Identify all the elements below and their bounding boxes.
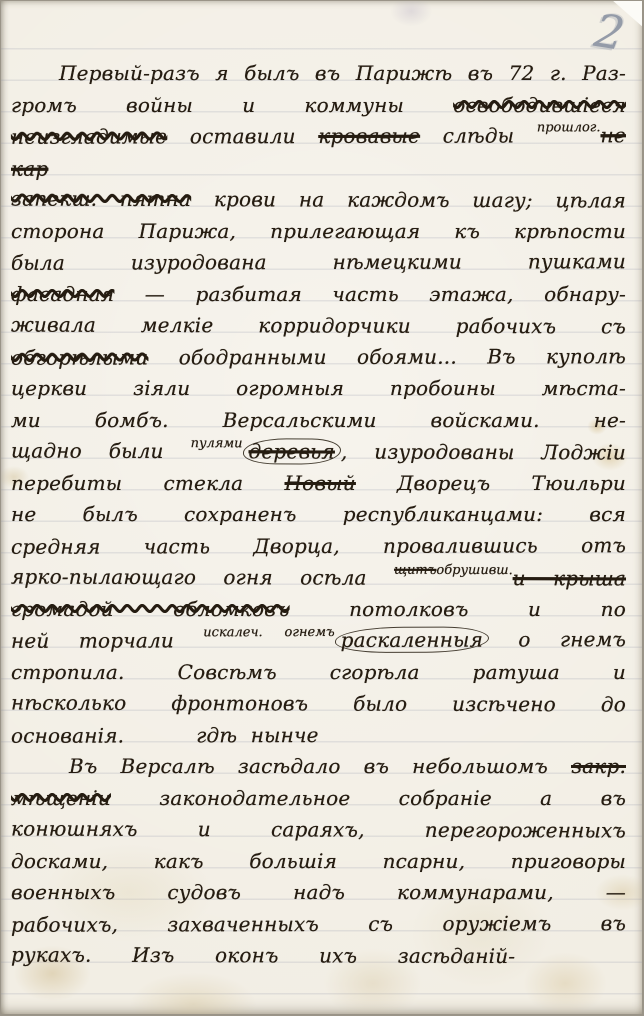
- handwritten-text: церкви зіяли огромныя пробоины мѣста-: [11, 376, 626, 400]
- handwritten-text: перебиты стекла: [11, 471, 285, 495]
- handwritten-text: Въ Версалѣ засѣдало въ небольшомъ: [69, 754, 571, 778]
- manuscript-line: Въ Версалѣ засѣдало въ небольшомъ закр.: [11, 751, 626, 783]
- struck-text: запекш. пятна: [11, 187, 191, 212]
- struck-text: закр.: [571, 754, 626, 778]
- handwritten-text: гдѣ нынче: [196, 722, 319, 746]
- manuscript-text: Первый-разъ я былъ въ Парижѣ въ 72 г. Ра…: [11, 58, 626, 972]
- struck-text: мѣщеніи: [11, 786, 111, 810]
- handwritten-text: основанія.: [11, 723, 124, 747]
- struck-text: деревья: [242, 438, 340, 464]
- handwritten-text: ярко-пылающаго огня осѣла: [11, 565, 394, 590]
- interlinear-insertion: обрушивш.: [436, 563, 512, 578]
- manuscript-line: обгорѣлыми ободранными обоями... Въ купо…: [11, 341, 626, 374]
- manuscript-line: церкви зіяли огромныя пробоины мѣста-: [11, 373, 626, 405]
- manuscript-line: сторона Парижа, прилегающая къ крѣпости: [11, 216, 626, 248]
- handwritten-text: рукахъ. Изъ оконъ ихъ засѣданій-: [11, 943, 515, 969]
- handwritten-text: крови на каждомъ шагу; цѣлая: [191, 187, 626, 212]
- interlinear-insertion: щитъ: [394, 563, 436, 578]
- handwritten-text: средняя часть Дворца, провалившись отъ: [11, 533, 626, 559]
- handwritten-text: досками, какъ большія псарни, приговоры: [11, 849, 626, 873]
- manuscript-line: щадно были пулямидеревья, изуродованы Ло…: [11, 436, 626, 469]
- struck-text: освободившіеся: [453, 93, 626, 117]
- handwritten-text: громъ войны и коммуны: [11, 93, 453, 117]
- handwritten-text: конюшняхъ и сараяхъ, перегороженныхъ: [11, 817, 626, 843]
- handwritten-text: раскаленныя: [335, 627, 490, 653]
- manuscript-scan: 2 Первый-разъ я былъ въ Парижѣ въ 72 г. …: [0, 0, 644, 1016]
- manuscript-line: ми бомбъ. Версальскими войсками. не-: [11, 405, 626, 437]
- manuscript-line: громъ войны и коммуны освободившіеся: [11, 90, 626, 122]
- handwritten-text: не былъ сохраненъ республиканцами: вся: [11, 502, 626, 526]
- handwritten-text: ней торчали: [11, 628, 203, 653]
- manuscript-line: ярко-пылающаго огня осѣла щитъобрушивш.и…: [11, 562, 626, 595]
- manuscript-line: Первый-разъ я былъ въ Парижѣ въ 72 г. Ра…: [11, 58, 626, 90]
- manuscript-line: перебиты стекла Новый Дворецъ Тюильри: [11, 468, 626, 500]
- manuscript-line: живала мелкіе корридорчики рабочихъ съ: [11, 310, 626, 343]
- handwritten-text: щадно были: [11, 439, 191, 464]
- manuscript-line: средняя часть Дворца, провалившись отъ: [11, 530, 626, 563]
- manuscript-line: была изуродована нѣмецкими пушками: [11, 246, 626, 279]
- handwritten-text: живала мелкіе корридорчики рабочихъ съ: [11, 313, 626, 339]
- handwritten-text: рабочихъ, захваченныхъ съ оружіемъ въ: [11, 911, 626, 937]
- struck-text: и крыша: [513, 566, 626, 590]
- manuscript-line: рабочихъ, захваченныхъ съ оружіемъ въ: [11, 908, 626, 941]
- handwritten-text: оставили: [167, 124, 318, 148]
- handwritten-text: , изуродованы Лоджіи: [341, 440, 626, 465]
- interlinear-insertion: пулями: [191, 436, 243, 451]
- manuscript-line: запекш. пятна крови на каждомъ шагу; цѣл…: [11, 184, 626, 217]
- manuscript-line: основанія.гдѣ нынче: [11, 719, 626, 752]
- interlinear-insertion: прошлог.: [537, 120, 601, 135]
- handwritten-text: ми бомбъ. Версальскими войсками. не-: [11, 408, 626, 432]
- manuscript-line: нѣсколько фронтоновъ было изсѣчено до: [11, 688, 626, 721]
- struck-text: кровавые: [318, 124, 420, 148]
- handwritten-text: законодательное собраніе а въ: [111, 786, 626, 810]
- struck-text: фасадная: [11, 282, 114, 306]
- manuscript-line: военныхъ судовъ надъ коммунарами, —: [11, 877, 626, 909]
- struck-text: громадой обломковъ: [11, 597, 290, 621]
- handwritten-text: слѣды: [420, 123, 537, 147]
- interlinear-insertion: искалеч. огнемъ: [203, 625, 334, 640]
- handwritten-text: стропила. Совсѣмъ сгорѣла ратуша и: [11, 660, 626, 684]
- handwritten-text: сторона Парижа, прилегающая къ крѣпости: [11, 219, 626, 243]
- handwritten-text: была изуродована нѣмецкими пушками: [11, 249, 626, 275]
- manuscript-line: фасадная — разбитая часть этажа, обнару-: [11, 279, 626, 311]
- manuscript-line: стропила. Совсѣмъ сгорѣла ратуша и: [11, 657, 626, 689]
- manuscript-line: громадой обломковъ потолковъ и по: [11, 594, 626, 626]
- manuscript-line: мѣщеніи законодательное собраніе а въ: [11, 783, 626, 815]
- handwritten-text: о гнемъ: [489, 627, 626, 651]
- struck-text: неизгладимые: [11, 124, 167, 148]
- handwritten-text: Дворецъ Тюильри: [356, 471, 626, 495]
- handwritten-text: военныхъ судовъ надъ коммунарами, —: [11, 880, 626, 904]
- handwritten-text: потолковъ и по: [290, 597, 626, 621]
- struck-text: обгорѣлыми: [11, 345, 148, 369]
- struck-text: Новый: [285, 471, 356, 495]
- handwritten-text: нѣсколько фронтоновъ было изсѣчено до: [11, 691, 626, 717]
- manuscript-page: 2 Первый-разъ я былъ въ Парижѣ въ 72 г. …: [1, 1, 642, 1014]
- manuscript-line: неизгладимые оставили кровавые слѣды про…: [11, 120, 626, 185]
- manuscript-line: досками, какъ большія псарни, приговоры: [11, 846, 626, 878]
- manuscript-line: рукахъ. Изъ оконъ ихъ засѣданій-: [11, 940, 626, 973]
- handwritten-text: — разбитая часть этажа, обнару-: [114, 282, 626, 306]
- handwritten-text: ободранными обоями... Въ куполѣ: [148, 344, 626, 369]
- manuscript-line: не былъ сохраненъ республиканцами: вся: [11, 499, 626, 531]
- manuscript-line: конюшняхъ и сараяхъ, перегороженныхъ: [11, 814, 626, 847]
- manuscript-line: ней торчали искалеч. огнемъраскаленныя о…: [11, 624, 626, 657]
- handwritten-text: Первый-разъ я былъ въ Парижѣ въ 72 г. Ра…: [59, 61, 626, 85]
